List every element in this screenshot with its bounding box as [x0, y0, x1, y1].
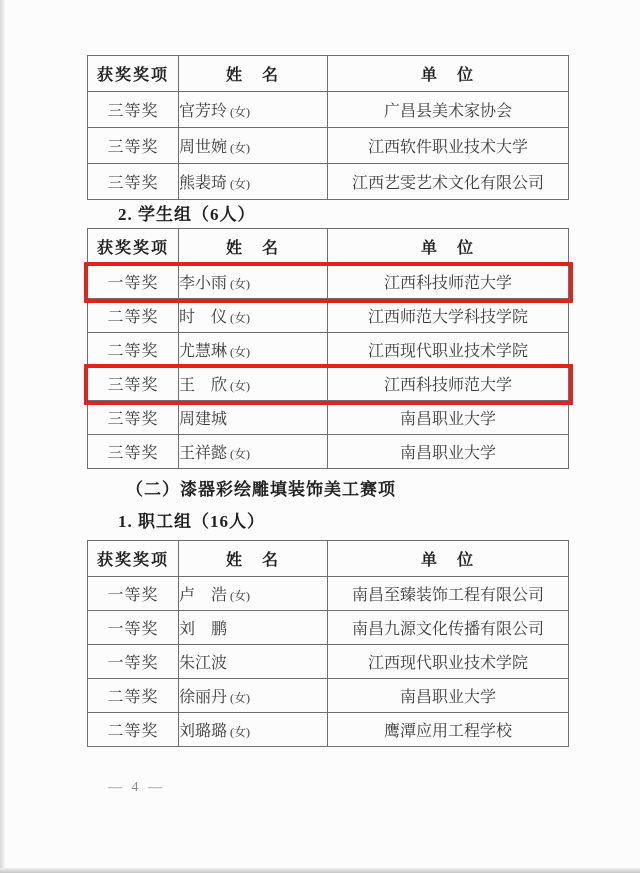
person-name: 李小雨 [179, 275, 227, 292]
award-cell: 一等奖 [88, 265, 179, 299]
org-cell: 江西艺雯艺术文化有限公司 [328, 164, 569, 200]
column-header-org: 单 位 [328, 229, 569, 265]
header-row: 获奖奖项姓 名单 位 [88, 56, 569, 92]
award-cell: 三等奖 [88, 435, 179, 469]
award-cell: 二等奖 [88, 299, 179, 333]
gender-tag: (女) [230, 277, 250, 291]
name-cell: 王祥懿(女) [179, 435, 328, 469]
org-cell: 江西软件职业技术大学 [328, 128, 569, 164]
person-name: 时 仪 [179, 309, 227, 326]
column-header-award: 获奖奖项 [88, 541, 179, 577]
person-name: 周建城 [179, 411, 227, 428]
award-cell: 二等奖 [88, 333, 179, 367]
column-header-award: 获奖奖项 [88, 229, 179, 265]
award-cell: 二等奖 [88, 679, 179, 713]
table-body: 一等奖李小雨(女)江西科技师范大学二等奖时 仪(女)江西师范大学科技学院二等奖尤… [88, 265, 569, 469]
name-cell: 尤慧琳(女) [179, 333, 328, 367]
award-cell: 一等奖 [88, 645, 179, 679]
table-row: 二等奖徐丽丹(女)南昌职业大学 [88, 679, 569, 713]
section-heading-lacquer-event: （二）漆器彩绘雕填装饰美工赛项 [126, 480, 396, 500]
gender-tag: (女) [230, 311, 250, 325]
name-cell: 熊裴琦(女) [179, 164, 328, 200]
name-cell: 周世婉(女) [179, 128, 328, 164]
org-cell: 南昌职业大学 [328, 435, 569, 469]
org-cell: 鹰潭应用工程学校 [328, 713, 569, 747]
person-name: 王 欣 [179, 377, 227, 394]
awards-table-student-group: 获奖奖项姓 名单 位 一等奖李小雨(女)江西科技师范大学二等奖时 仪(女)江西师… [87, 228, 569, 469]
table-row: 一等奖朱江波江西现代职业技术学院 [88, 645, 569, 679]
person-name: 徐丽丹 [179, 689, 227, 706]
name-cell: 官芳玲(女) [179, 92, 328, 128]
table-row: 一等奖李小雨(女)江西科技师范大学 [88, 265, 569, 299]
award-cell: 一等奖 [88, 577, 179, 611]
column-header-award: 获奖奖项 [88, 56, 179, 92]
section-heading-worker-group: 1. 职工组（16人） [118, 512, 265, 532]
person-name: 尤慧琳 [179, 343, 227, 360]
org-cell: 南昌至臻装饰工程有限公司 [328, 577, 569, 611]
gender-tag: (女) [230, 345, 250, 359]
award-cell: 三等奖 [88, 164, 179, 200]
person-name: 周世婉 [179, 139, 227, 156]
header-row: 获奖奖项姓 名单 位 [88, 229, 569, 265]
table-row: 三等奖周建城南昌职业大学 [88, 401, 569, 435]
person-name: 刘璐璐 [179, 723, 227, 740]
award-cell: 三等奖 [88, 92, 179, 128]
award-cell: 三等奖 [88, 367, 179, 401]
table-row: 二等奖时 仪(女)江西师范大学科技学院 [88, 299, 569, 333]
table-row: 三等奖周世婉(女)江西软件职业技术大学 [88, 128, 569, 164]
person-name: 卢 浩 [179, 587, 227, 604]
table-row: 三等奖官芳玲(女)广昌县美术家协会 [88, 92, 569, 128]
gender-tag: (女) [230, 177, 250, 191]
org-cell: 南昌职业大学 [328, 679, 569, 713]
table-header: 获奖奖项姓 名单 位 [88, 229, 569, 265]
org-cell: 江西科技师范大学 [328, 367, 569, 401]
org-cell: 南昌九源文化传播有限公司 [328, 611, 569, 645]
org-cell: 江西现代职业技术学院 [328, 645, 569, 679]
org-cell: 江西师范大学科技学院 [328, 299, 569, 333]
person-name: 官芳玲 [179, 103, 227, 120]
name-cell: 朱江波 [179, 645, 328, 679]
document-page: 获奖奖项姓 名单 位 三等奖官芳玲(女)广昌县美术家协会三等奖周世婉(女)江西软… [0, 0, 640, 873]
awards-table-continued: 获奖奖项姓 名单 位 三等奖官芳玲(女)广昌县美术家协会三等奖周世婉(女)江西软… [87, 55, 569, 200]
table-row: 一等奖卢 浩(女)南昌至臻装饰工程有限公司 [88, 577, 569, 611]
gender-tag: (女) [230, 447, 250, 461]
award-cell: 二等奖 [88, 713, 179, 747]
awards-table-worker-group: 获奖奖项姓 名单 位 一等奖卢 浩(女)南昌至臻装饰工程有限公司一等奖刘 鹏南昌… [87, 540, 569, 747]
person-name: 熊裴琦 [179, 175, 227, 192]
name-cell: 刘璐璐(女) [179, 713, 328, 747]
award-cell: 一等奖 [88, 611, 179, 645]
gender-tag: (女) [230, 691, 250, 705]
person-name: 王祥懿 [179, 445, 227, 462]
person-name: 朱江波 [179, 655, 227, 672]
gender-tag: (女) [230, 379, 250, 393]
name-cell: 周建城 [179, 401, 328, 435]
table-row: 一等奖刘 鹏南昌九源文化传播有限公司 [88, 611, 569, 645]
table-header: 获奖奖项姓 名单 位 [88, 541, 569, 577]
column-header-name: 姓 名 [179, 541, 328, 577]
name-cell: 卢 浩(女) [179, 577, 328, 611]
column-header-name: 姓 名 [179, 229, 328, 265]
org-cell: 江西现代职业技术学院 [328, 333, 569, 367]
gender-tag: (女) [230, 725, 250, 739]
table-row: 三等奖王祥懿(女)南昌职业大学 [88, 435, 569, 469]
page-bottom-edge-shadow [0, 868, 640, 873]
page-left-edge-shadow [0, 0, 5, 873]
gender-tag: (女) [230, 105, 250, 119]
table-body: 三等奖官芳玲(女)广昌县美术家协会三等奖周世婉(女)江西软件职业技术大学三等奖熊… [88, 92, 569, 200]
header-row: 获奖奖项姓 名单 位 [88, 541, 569, 577]
section-heading-student-group: 2. 学生组（6人） [118, 205, 256, 225]
table-header: 获奖奖项姓 名单 位 [88, 56, 569, 92]
name-cell: 王 欣(女) [179, 367, 328, 401]
person-name: 刘 鹏 [179, 621, 227, 638]
name-cell: 李小雨(女) [179, 265, 328, 299]
page-number: — 4 — [108, 780, 165, 796]
column-header-org: 单 位 [328, 541, 569, 577]
gender-tag: (女) [230, 141, 250, 155]
column-header-org: 单 位 [328, 56, 569, 92]
column-header-name: 姓 名 [179, 56, 328, 92]
award-cell: 三等奖 [88, 401, 179, 435]
table-row: 三等奖熊裴琦(女)江西艺雯艺术文化有限公司 [88, 164, 569, 200]
table-row: 二等奖尤慧琳(女)江西现代职业技术学院 [88, 333, 569, 367]
org-cell: 南昌职业大学 [328, 401, 569, 435]
name-cell: 时 仪(女) [179, 299, 328, 333]
org-cell: 广昌县美术家协会 [328, 92, 569, 128]
org-cell: 江西科技师范大学 [328, 265, 569, 299]
gender-tag: (女) [230, 589, 250, 603]
table-row: 三等奖王 欣(女)江西科技师范大学 [88, 367, 569, 401]
name-cell: 刘 鹏 [179, 611, 328, 645]
name-cell: 徐丽丹(女) [179, 679, 328, 713]
award-cell: 三等奖 [88, 128, 179, 164]
table-row: 二等奖刘璐璐(女)鹰潭应用工程学校 [88, 713, 569, 747]
table-body: 一等奖卢 浩(女)南昌至臻装饰工程有限公司一等奖刘 鹏南昌九源文化传播有限公司一… [88, 577, 569, 747]
